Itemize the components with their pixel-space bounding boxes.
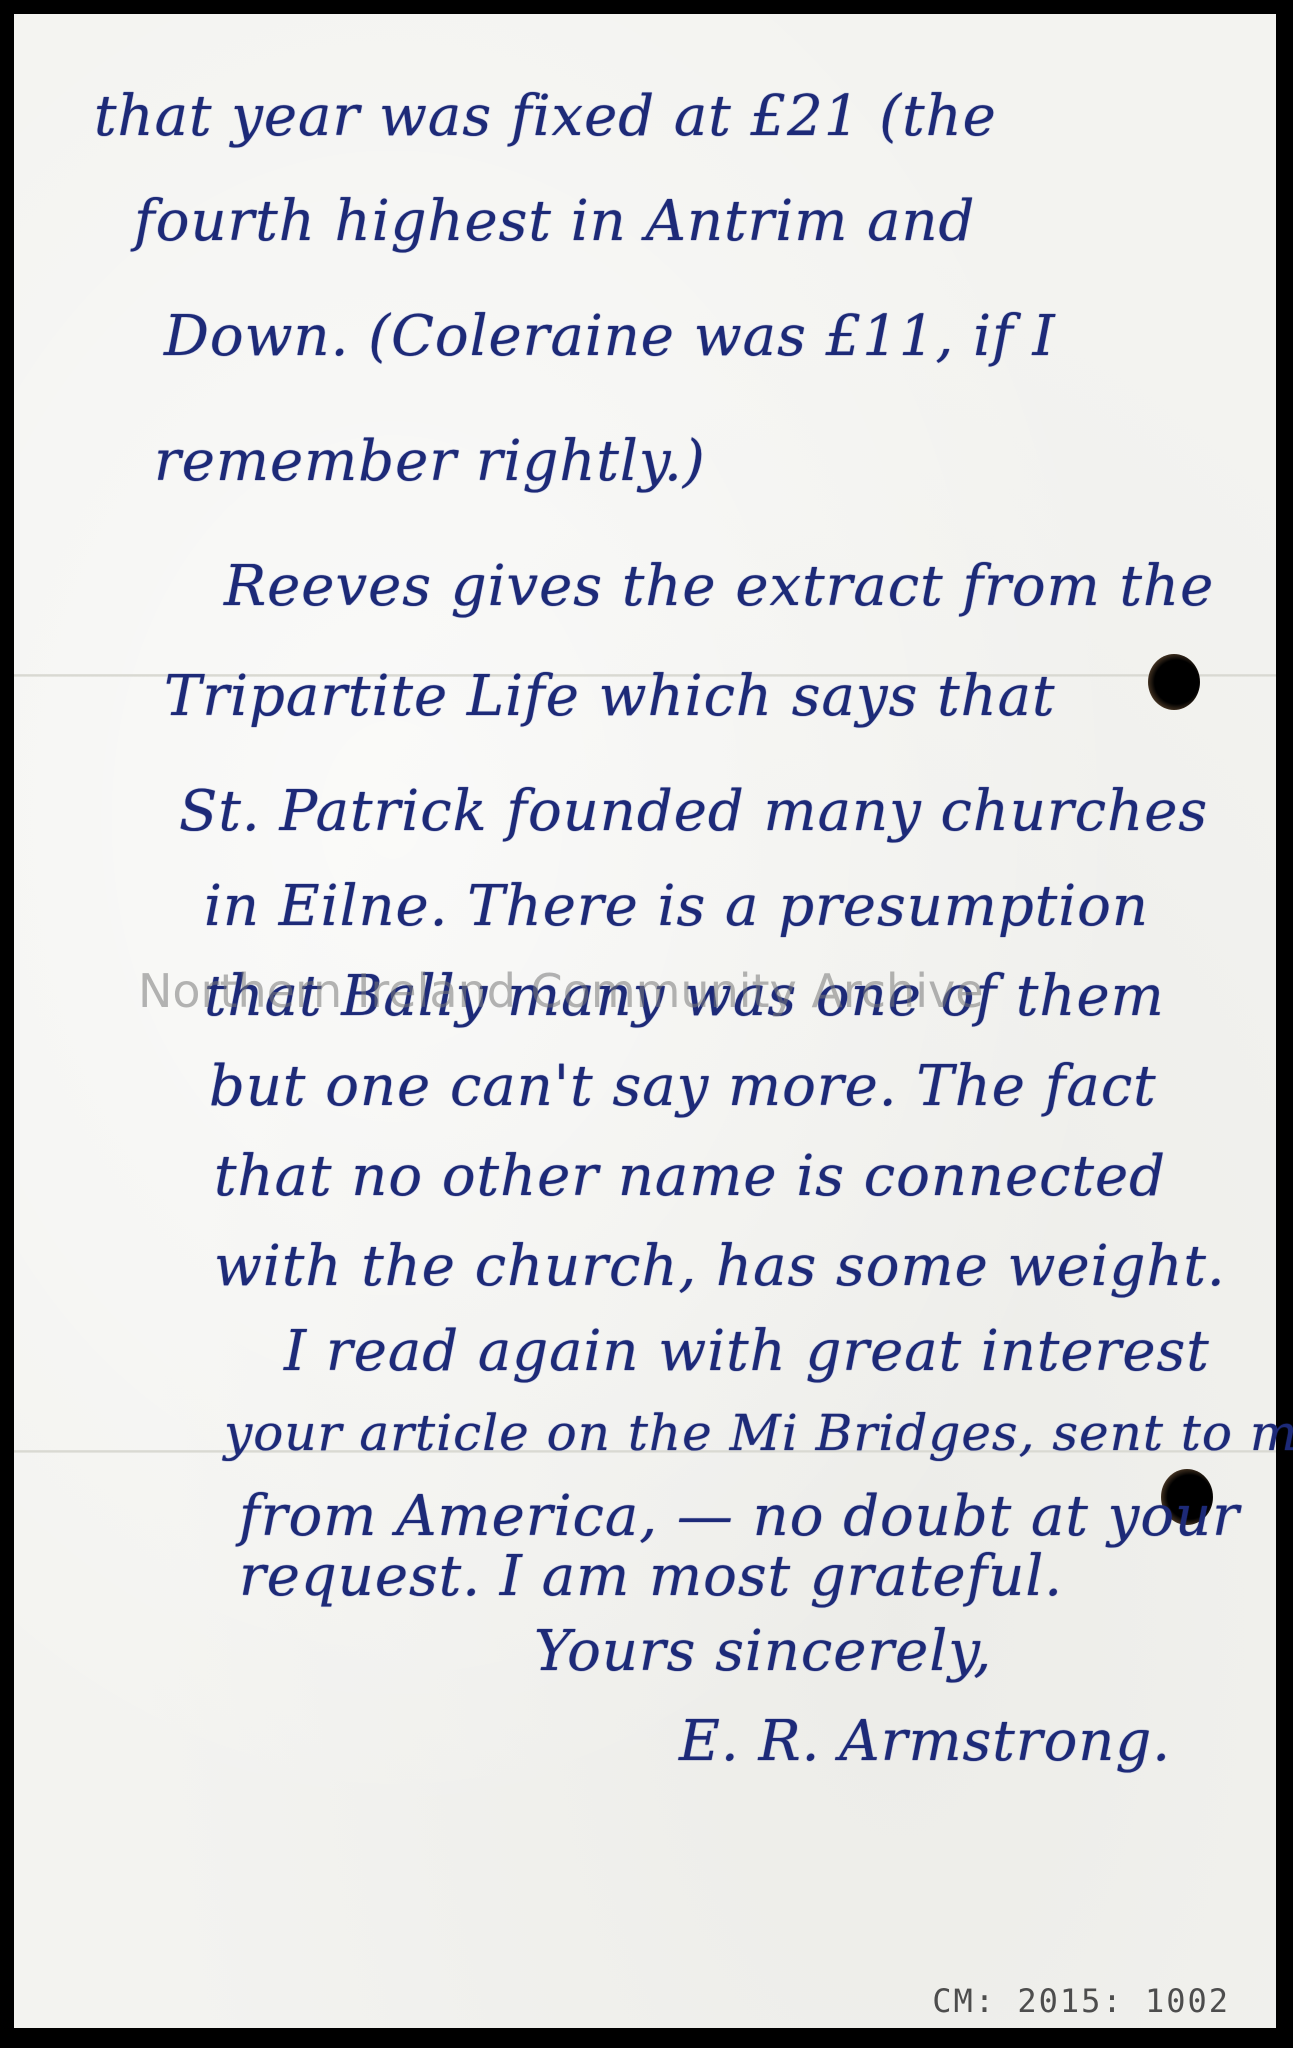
letter-line: your article on the Mi Bridges, sent to … [224,1404,1293,1462]
letter-line: Reeves gives the extract from the [224,554,1214,619]
letter-line: from America, — no doubt at your [239,1484,1240,1549]
punch-hole [1148,654,1200,710]
letter-line: Down. (Coleraine was £11, if I [164,304,1056,369]
letter-line: request. I am most grateful. [239,1544,1063,1609]
letter-line: remember rightly.) [154,429,706,494]
letter-line: St. Patrick founded many churches [179,779,1208,844]
letter-line: Tripartite Life which says that [164,664,1056,729]
letter-line: in Eilne. There is a presumption [204,874,1149,939]
letter-line: I read again with great interest [284,1319,1210,1384]
letter-page: that year was fixed at £21 (the fourth h… [14,14,1276,2028]
letter-line: that year was fixed at £21 (the [94,84,997,149]
letter-line: but one can't say more. The fact [209,1054,1157,1119]
letter-line: that no other name is connected [214,1144,1166,1209]
letter-line: with the church, has some weight. [214,1234,1226,1299]
letter-line: fourth highest in Antrim and [134,189,975,254]
letter-closing: Yours sincerely, [534,1619,992,1684]
archive-watermark: Northern Ireland Community Archive [138,964,984,1018]
catalog-number: CM: 2015: 1002 [932,1982,1230,2020]
letter-signature: E. R. Armstrong. [679,1709,1171,1774]
